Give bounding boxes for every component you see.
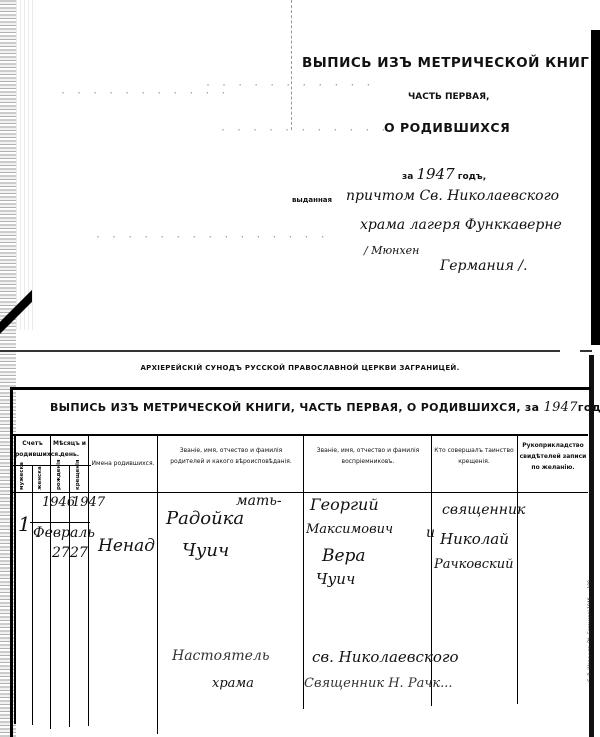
col-header-male: мужеска [19,468,25,490]
bleed-through-text: · · · · · · · · · · · · · · · [95,232,328,243]
bleed-through-text: · · · · · · · · · · · [60,88,228,99]
form-title-printed: ВЫПИСЬ ИЗЪ МЕТРИЧЕСКОЙ КНИГИ, ЧАСТЬ ПЕРВ… [50,401,539,414]
col-line [50,434,51,729]
issued-country: Германия /. [440,258,528,274]
entry-birth-day: 27 [52,545,70,561]
issued-line-1: причтом Св. Николаевского [346,188,559,204]
entry-godmother-surname: Чуич [316,570,355,588]
entry-baptism-day: 27 [70,545,88,561]
year-suffix: годъ, [458,172,486,182]
entry-baptism-year: 1947 [72,495,105,510]
signature-line2-a: храма [212,676,254,691]
col-header-date: Мѣсяцъ и день. [51,438,88,460]
signature-line2-b: Священник Н. Рачк... [304,676,453,691]
table-header-bottom-rule [13,492,588,493]
entry-month: Февраль [33,525,95,541]
col-line [32,465,33,725]
year-prefix: за [402,172,413,182]
printer-note: С. В. Шевкунов, Вѣ. Ессемеррі 1946. — 10… [588,580,593,682]
extract-section: О РОДИВШИХСЯ [384,120,510,135]
issued-line-2: храма лагеря Функкаверне [360,217,562,233]
scan-edge-right-top [591,30,600,345]
extract-part: ЧАСТЬ ПЕРВАЯ, [408,92,489,102]
bleed-through-text: · · · · · · · · · · · [220,125,388,136]
col-line [88,434,89,726]
entry-parent-name: Радойка [166,508,244,529]
col-header-priest: Кто совершалъ таинство крещенія. [434,445,514,467]
col-header-godparents: Званіе, имя, отчество и фамилія воспріем… [308,445,428,467]
form-title-year: 1947 [544,400,578,415]
entry-godmother-name: Вера [322,546,366,566]
entry-priest-surname: Рачковский [434,557,514,572]
entry-birth-year: 1946 [42,495,75,510]
extract-year-line: за 1947 годъ, [402,165,486,183]
synod-header: АРХІЕРЕЙСКІЙ СУНОДЪ РУССКОЙ ПРАВОСЛАВНОЙ… [0,364,600,372]
entry-underline [30,522,90,523]
entry-godfather-patronymic: Максимович [306,522,393,537]
entry-mother-label: мать- [236,493,282,509]
entry-priest-name: Николай [440,530,509,548]
entry-number: 1 [18,512,31,536]
col-line [14,434,16,724]
col-header-birth: рожденія [56,468,62,490]
issued-city: / Мюнхен [364,244,419,257]
page-fold-line-right [580,350,592,352]
folded-corner [0,280,32,340]
entry-parent-surname: Чуич [182,540,229,561]
col-header-female: женска [37,468,43,490]
form-title: ВЫПИСЬ ИЗЪ МЕТРИЧЕСКОЙ КНИГИ, ЧАСТЬ ПЕРВ… [50,400,600,415]
entry-godfather-name: Георгий [310,495,379,514]
col-header-name: Имена родившихся. [89,458,157,469]
signature-line1-b: св. Николаевского [312,648,459,666]
entry-child-name: Ненад [98,536,155,556]
issued-by-label: выданная [292,196,332,204]
form-title-suffix: годъ. [578,401,600,414]
signature-line1-a: Настоятель [172,648,269,664]
extract-title: ВЫПИСЬ ИЗЪ МЕТРИЧЕСКОЙ КНИГ [302,55,589,71]
entry-priest-title: священник [442,502,525,518]
year-handwritten: 1947 [416,165,454,183]
col-header-baptism: крещенія [75,468,81,490]
col-line [303,434,304,709]
col-header-number: Счетъ родившихся. [15,438,50,460]
entry-godparents-and: и [426,525,435,541]
col-line [517,434,518,704]
page-divider [291,0,293,130]
table-top-rule [13,434,588,436]
col-header-signatures: Рукоприкладство свидѣтелей записи по жел… [519,440,587,473]
col-header-parents: Званіе, имя, отчество и фамилія родителе… [162,445,300,467]
col-line [157,434,158,734]
bleed-through-text: · · · · · · · · · · · [205,80,373,91]
page-fold-line [0,350,560,352]
